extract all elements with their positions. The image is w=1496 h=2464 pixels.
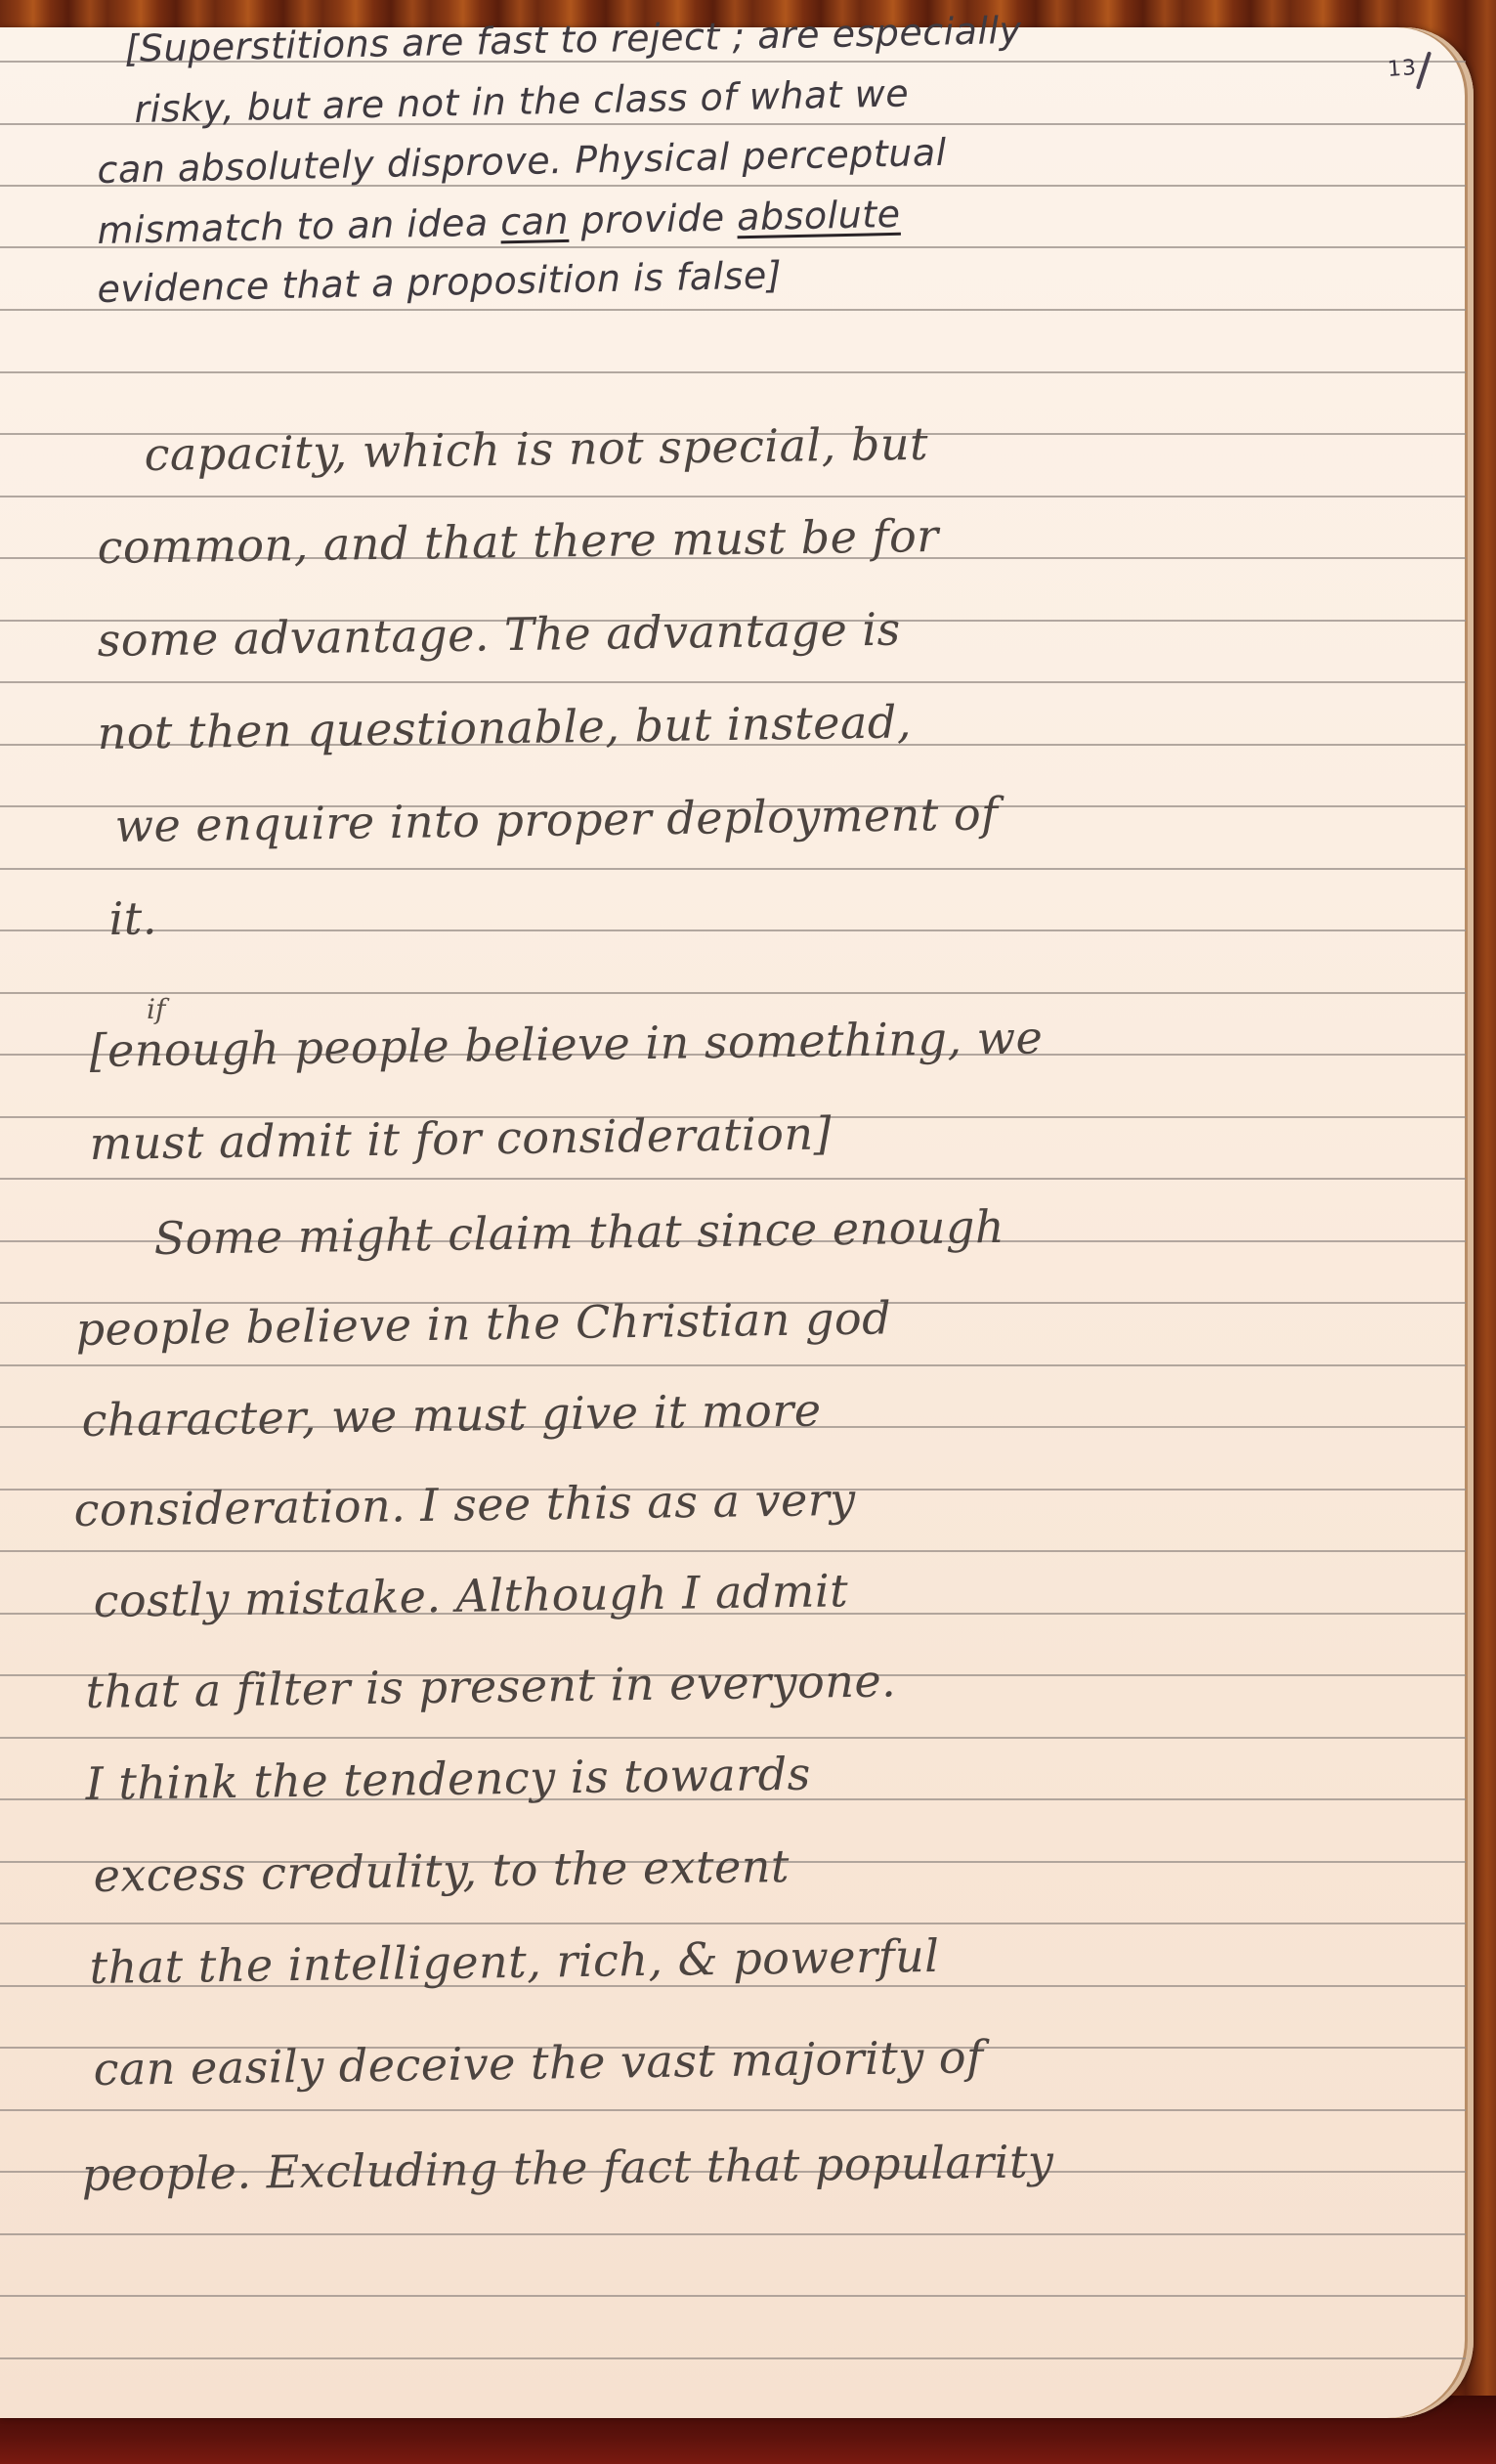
note-word-provide: provide [580,196,725,242]
insertion-caret-if: if [147,993,165,1025]
ruled-line [0,681,1466,683]
p2-line-7: I think the tendency is towards [85,1748,811,1810]
note-line-4-start: mismatch to an idea [97,201,489,252]
body-line-6: it. [108,891,157,945]
ruled-line [0,1737,1466,1739]
ruled-line [0,496,1466,497]
ruled-line [0,1364,1466,1366]
insertion-line-2: must admit it for consideration] [89,1106,832,1170]
ruled-line [0,1923,1466,1924]
underlined-can: can [500,199,570,243]
page-number: 13 [1387,56,1418,82]
underlined-absolute: absolute [737,193,901,238]
ruled-line [0,2109,1466,2111]
ruled-line [0,1550,1466,1552]
ruled-line [0,929,1466,931]
ruled-line [0,2233,1466,2235]
p2-line-8: excess credulity, to the extent [93,1839,790,1902]
ruled-line [0,1178,1466,1180]
body-line-3: some advantage. The advantage is [97,603,901,667]
notebook-page: 13 [Superstitions are fast to reject ; a… [0,27,1474,2418]
p2-line-4: consideration. I see this as a very [73,1473,856,1536]
body-line-1: capacity, which is not special, but [144,417,928,481]
p2-line-3: character, we must give it more [81,1383,822,1447]
ruled-line [0,992,1466,994]
ruled-line [0,309,1466,311]
ruled-line [0,2357,1466,2359]
ruled-line [0,2295,1466,2297]
ruled-line [0,868,1466,870]
p2-line-5: costly mistake. Although I admit [93,1564,848,1627]
ruled-line [0,371,1466,373]
